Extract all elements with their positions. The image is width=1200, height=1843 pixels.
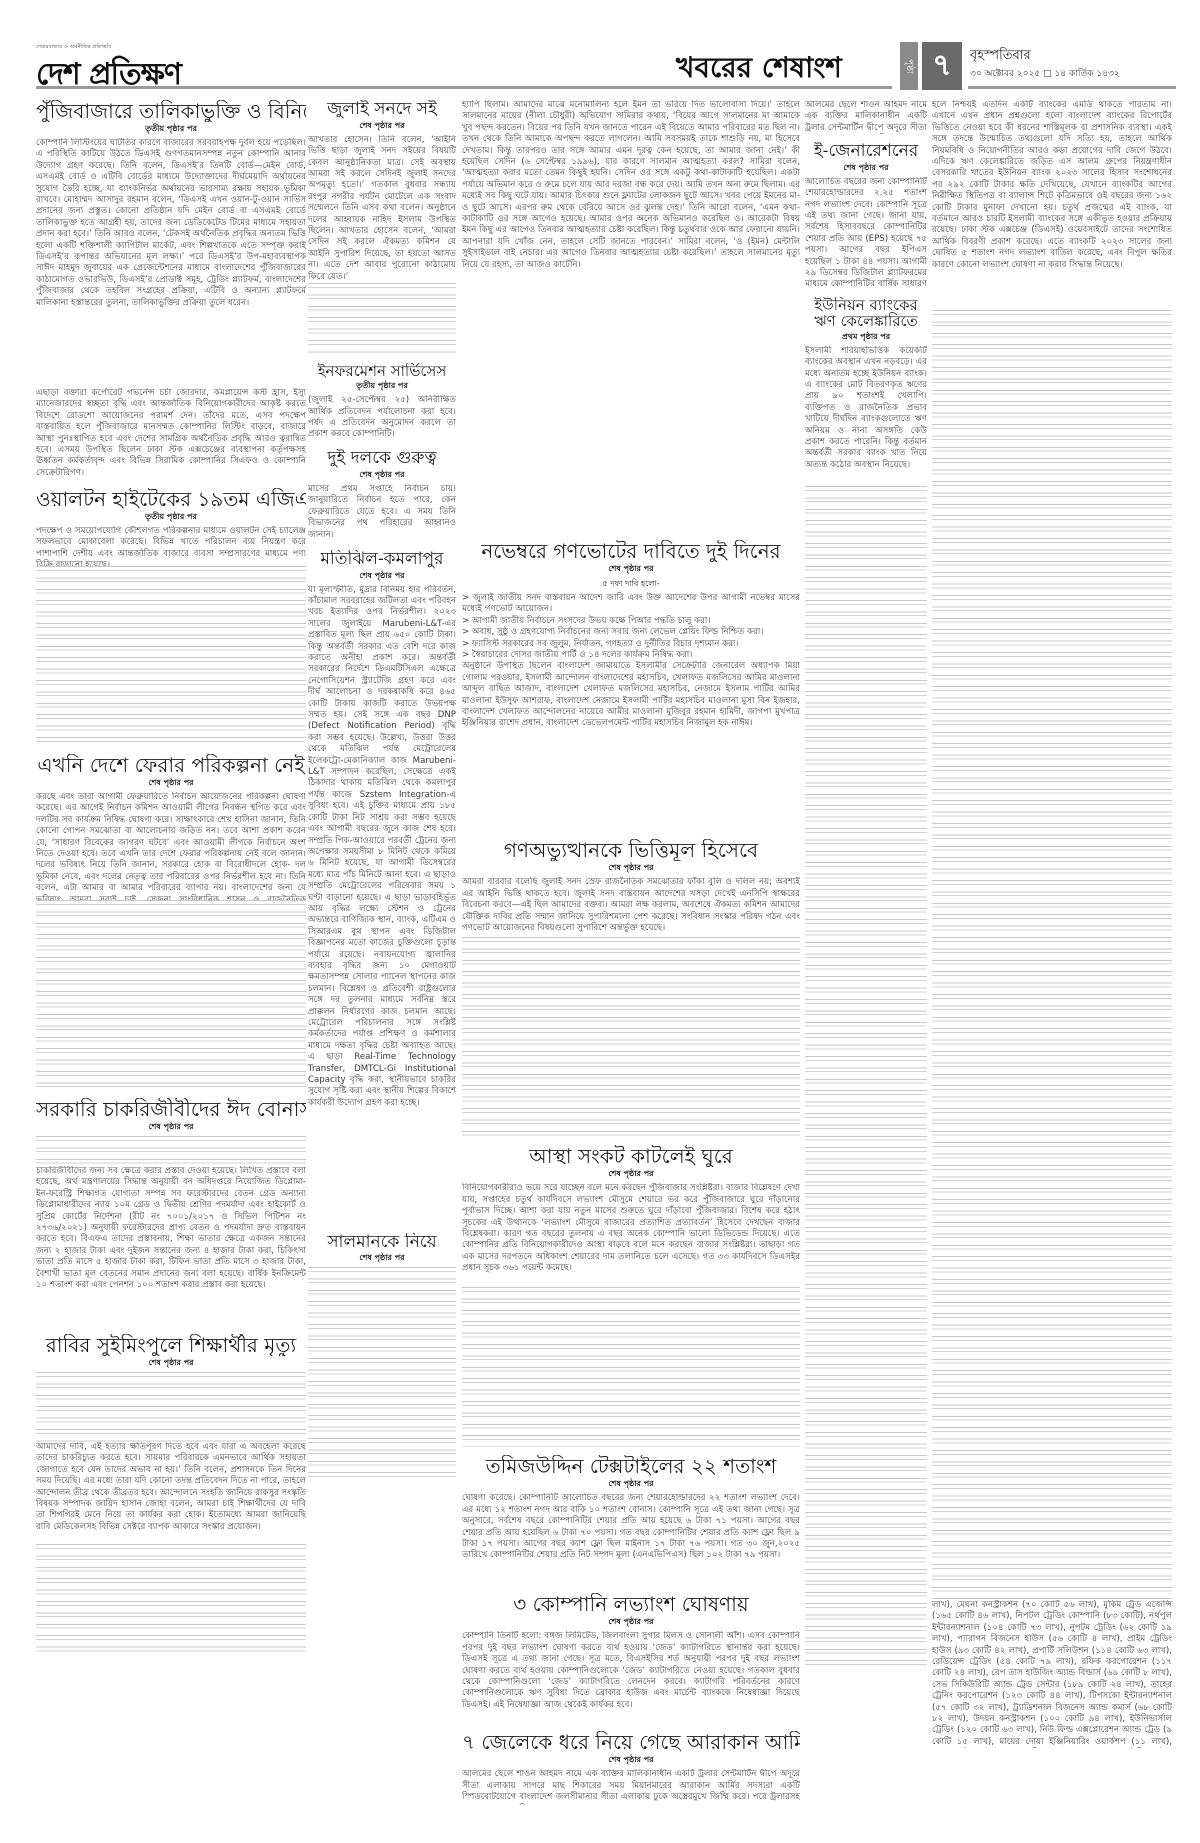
article-headline[interactable]: এখনি দেশে ফেরার পরিকল্পনা নেই bbox=[36, 754, 306, 776]
article-information-services: ইনফরমেশন সার্ভিসেস তৃতীয় পৃষ্ঠার পর (জু… bbox=[308, 363, 456, 442]
article-body-continued bbox=[805, 486, 927, 1666]
article-headline[interactable]: ই-জেনারেশনের bbox=[805, 142, 927, 161]
article-headline[interactable]: জুলাই সনদে সই bbox=[308, 100, 456, 119]
column-4: আলমের ছেলে শাওন আহমদ নামে এক ব্যক্তির মা… bbox=[805, 100, 927, 1674]
continued-label: প্রথম পৃষ্ঠার পর bbox=[805, 331, 927, 344]
article-body: করছে এবং তারা আগামী ফেব্রুয়ারিতে নির্বা… bbox=[36, 792, 306, 900]
continued-label: শেষ পৃষ্ঠার পর bbox=[308, 570, 456, 583]
article-tamijuddin-textile: তমিজউদ্দিন টেক্সটাইলের ২২ শতাংশ শেষ পৃষ্… bbox=[462, 1455, 800, 1585]
continued-label: শেষ পৃষ্ঠার পর bbox=[36, 777, 306, 790]
article-arakan-army: ৭ জেলেকে ধরে নিয়ে গেছে আরাকান আর্মি শেষ… bbox=[462, 1731, 800, 1805]
article-headline[interactable]: তমিজউদ্দিন টেক্সটাইলের ২২ শতাংশ bbox=[462, 1455, 800, 1477]
article-motijheel-kamalapur: মতিঝিল-কমলাপুর শেষ পৃষ্ঠার পর যা মূল্যস্… bbox=[308, 550, 456, 1225]
continued-label: শেষ পৃষ্ঠার পর bbox=[36, 1357, 306, 1370]
article-headline[interactable]: ইনফরমেশন সার্ভিসেস bbox=[308, 363, 456, 380]
article-body-continued bbox=[462, 937, 800, 1137]
article-body: কোম্পানি লিস্টিংয়ের ঘাটতির কারণে বাজারে… bbox=[36, 138, 306, 388]
article-body: আমরা বারবার বলেছি জুলাই সনদ স্রেফ রাজনৈত… bbox=[462, 877, 800, 937]
article-no-return-plan: এখনি দেশে ফেরার পরিকল্পনা নেই শেষ পৃষ্ঠা… bbox=[36, 754, 306, 1090]
masthead-rule-right bbox=[968, 86, 1176, 89]
article-headline[interactable]: নভেম্বরে গণভোটের দাবিতে দুই দিনের bbox=[462, 540, 800, 562]
article-two-parties: দুই দলকে গুরুত্ব শেষ পৃষ্ঠার পর মাসের প্… bbox=[308, 449, 456, 542]
article-body: আলোচিত বছরের জন্য কোম্পানিটি শেয়ারহোল্ড… bbox=[805, 177, 927, 289]
article-salman: সালমানকে নিয়ে শেষ পৃষ্ঠার পর bbox=[308, 1233, 456, 1478]
continued-label: শেষ পৃষ্ঠার পর bbox=[308, 469, 456, 482]
section-title: খবরের শেষাংশ bbox=[676, 46, 842, 93]
demand-point: > আগামী জাতীয় নির্বাচনে সংসদের উভয় কক্… bbox=[462, 616, 800, 627]
article-body: (জুলাই ২৫-সেপ্টেম্বর ২৫) অনিরীক্ষিত আর্থ… bbox=[308, 395, 456, 441]
article-body-continued bbox=[36, 566, 306, 746]
page-label: পৃষ্ঠা bbox=[900, 42, 918, 90]
publication-date: ৩০ অক্টোবর ২০২৫ □ ১৪ কার্তিক ১৪৩২ bbox=[970, 66, 1120, 81]
article-body bbox=[308, 1267, 456, 1477]
article-body: বিনিয়োগকারীরাও ভয়ে সরে যাচ্ছেন বলে মনে… bbox=[462, 1183, 800, 1287]
article-walton-agm: ওয়ালটন হাইটেকের ১৯তম এজিএম তৃতীয় পৃষ্ঠ… bbox=[36, 488, 306, 746]
article-confidence-crisis: আস্থা সংকট কাটলেই ঘুরে শেষ পৃষ্ঠার পর বি… bbox=[462, 1145, 800, 1447]
continued-label: তৃতীয় পৃষ্ঠার পর bbox=[36, 123, 306, 136]
article-body-continued bbox=[932, 310, 1172, 1600]
masthead-rule-left bbox=[36, 86, 260, 89]
article-body-closing: এছাড়া বক্তারা কর্পোরেট গভর্নেন্স চর্চা … bbox=[36, 388, 306, 480]
continued-label: শেষ পৃষ্ঠার পর bbox=[462, 563, 800, 576]
article-body: যা মূল্যস্ফীতি, মুদ্রার বিনিময় হার পরিব… bbox=[308, 585, 456, 1225]
article-headline[interactable]: আস্থা সংকট কাটলেই ঘুরে bbox=[462, 1145, 800, 1167]
column-5: হলে নিশ্চয়ই এতদিন একটি ব্যাংকের এমডি থা… bbox=[932, 100, 1172, 1756]
continued-label: শেষ পৃষ্ঠার পর bbox=[462, 862, 800, 875]
article-body: ইসলামী শরিয়াহভিত্তিক কয়েকটি ব্যাংকের অ… bbox=[805, 346, 927, 486]
continued-label: শেষ পৃষ্ঠার পর bbox=[805, 162, 927, 175]
article-subhead: ৫ দফা দাবি হলো- bbox=[462, 578, 800, 591]
continued-label: শেষ পৃষ্ঠার পর bbox=[462, 1168, 800, 1181]
demand-point: > জুলাই জাতীয় সনদ বাস্তবায়ন আদেশ জারি … bbox=[462, 593, 800, 616]
article-rabi-swimming-pool: রাবির সুইমিংপুলে শিক্ষার্থীর মৃত্যু শেষ … bbox=[36, 1334, 306, 1654]
article-three-companies-dividend: ৩ কোম্পানি লভ্যাংশ ঘোষণায় শেষ পৃষ্ঠার প… bbox=[462, 1593, 800, 1723]
article-body: আখতার হোসেন। তিনি বলেন, ‘আইনি ভিত্তি ছাড… bbox=[308, 135, 456, 283]
article-headline[interactable]: ৭ জেলেকে ধরে নিয়ে গেছে আরাকান আর্মি bbox=[462, 1731, 800, 1753]
article-body-continued bbox=[36, 900, 306, 1090]
article-headline[interactable]: সালমানকে নিয়ে bbox=[308, 1233, 456, 1252]
article-headline[interactable]: ওয়ালটন হাইটেকের ১৯তম এজিএম bbox=[36, 488, 306, 510]
article-capital-market-listing: পুঁজিবাজারে তালিকাভুক্তি ও বিনিয়োগ তৃতী… bbox=[36, 100, 306, 480]
column-1: পুঁজিবাজারে তালিকাভুক্তি ও বিনিয়োগ তৃতী… bbox=[36, 100, 306, 1662]
article-body: আমাদের দাবি, এই হত্যার ক্ষতিপূরণ দিতে হব… bbox=[36, 1442, 306, 1544]
continued-label: শেষ পৃষ্ঠার পর bbox=[462, 1616, 800, 1629]
article-body: আলমের ছেলে শাওন আহমদ নামে এক ব্যক্তির মা… bbox=[462, 1769, 800, 1805]
article-e-generation: ই-জেনারেশনের শেষ পৃষ্ঠার পর আলোচিত বছরের… bbox=[805, 142, 927, 289]
article-salman-continued: হ্যাপি ছিলাম। আমাদের মাঝে মনোমালিন্য হলে… bbox=[462, 100, 800, 532]
article-body-continued bbox=[462, 1287, 800, 1447]
article-body: আলমের ছেলে শাওন আহমদ নামে এক ব্যক্তির মা… bbox=[805, 100, 927, 134]
article-body: হ্যাপি ছিলাম। আমাদের মাঝে মনোমালিন্য হলে… bbox=[462, 100, 800, 532]
publication-day: বৃহস্পতিবার bbox=[970, 46, 1031, 67]
column-3: হ্যাপি ছিলাম। আমাদের মাঝে মনোমালিন্য হলে… bbox=[462, 100, 800, 1813]
continued-label: শেষ পৃষ্ঠার পর bbox=[36, 1121, 306, 1134]
article-body: ঘোষণা করেছে। কোম্পানিটি আলোচিত বছরের জন্… bbox=[462, 1493, 800, 1585]
demand-point: > অবাধ, সুষ্ঠু ও গ্রহণযোগ্য নির্বাচনের জ… bbox=[462, 627, 800, 638]
article-headline[interactable]: ইউনিয়ন ব্যাংকের ঋণ কেলেঙ্কারিতে bbox=[805, 297, 927, 330]
article-union-bank: ইউনিয়ন ব্যাংকের ঋণ কেলেঙ্কারিতে প্রথম প… bbox=[805, 297, 927, 1666]
article-headline[interactable]: মতিঝিল-কমলাপুর bbox=[308, 550, 456, 569]
article-bank-md-continued: হলে নিশ্চয়ই এতদিন একটি ব্যাংকের এমডি থা… bbox=[932, 100, 1172, 1748]
article-body: চাকরিজীবীদের জন্য সব ক্ষেত্রে করার প্রস্… bbox=[36, 1166, 306, 1326]
article-body-lead bbox=[36, 1372, 306, 1442]
article-headline[interactable]: গণঅভ্যুত্থানকে ভিত্তিমূল হিসেবে bbox=[462, 839, 800, 861]
article-body-lead bbox=[36, 1136, 306, 1166]
article-headline[interactable]: সরকারি চাকরিজীবীদের ঈদ বোনাস bbox=[36, 1098, 306, 1120]
defaulter-list: লাখ), মেঘনা কনস্ট্রাকশন (৭০ কোটি ৫৬ লাখ)… bbox=[932, 1600, 1172, 1748]
newspaper-logo[interactable]: দেশ প্রতিক্ষণ bbox=[36, 50, 181, 101]
masthead: শেয়ারবাজার ও অর্থনীতির প্রতিচ্ছবি দেশ প… bbox=[36, 36, 1176, 92]
continued-label: তৃতীয় পৃষ্ঠার পর bbox=[36, 511, 306, 524]
article-body-continued bbox=[36, 1544, 306, 1654]
article-headline[interactable]: দুই দলকে গুরুত্ব bbox=[308, 449, 456, 468]
continued-label: শেষ পৃষ্ঠার পর bbox=[462, 1754, 800, 1767]
article-govt-eid-bonus: সরকারি চাকরিজীবীদের ঈদ বোনাস শেষ পৃষ্ঠার… bbox=[36, 1098, 306, 1326]
continued-label: শেষ পৃষ্ঠার পর bbox=[308, 120, 456, 133]
article-body: মাসের প্রথম সপ্তাহে নির্বাচন চায়। জানুয… bbox=[308, 484, 456, 542]
article-headline[interactable]: রাবির সুইমিংপুলে শিক্ষার্থীর মৃত্যু bbox=[36, 1334, 306, 1356]
article-referendum-demand: নভেম্বরে গণভোটের দাবিতে দুই দিনের শেষ পৃ… bbox=[462, 540, 800, 831]
continued-label: তৃতীয় পৃষ্ঠার পর bbox=[308, 380, 456, 393]
continued-label: শেষ পৃষ্ঠার পর bbox=[308, 1252, 456, 1265]
page-number: ৭ bbox=[922, 42, 962, 90]
article-headline[interactable]: ৩ কোম্পানি লভ্যাংশ ঘোষণায় bbox=[462, 1593, 800, 1615]
article-mass-uprising: গণঅভ্যুত্থানকে ভিত্তিমূল হিসেবে শেষ পৃষ্… bbox=[462, 839, 800, 1137]
article-body: অনুষ্ঠানে উপস্থিত ছিলেন বাংলাদেশ জামায়া… bbox=[462, 661, 800, 831]
column-2: জুলাই সনদে সই শেষ পৃষ্ঠার পর আখতার হোসেন… bbox=[308, 100, 456, 1485]
article-body-continued bbox=[308, 283, 456, 355]
article-arakan-army-continued: আলমের ছেলে শাওন আহমদ নামে এক ব্যক্তির মা… bbox=[805, 100, 927, 134]
article-headline[interactable]: পুঁজিবাজারে তালিকাভুক্তি ও বিনিয়োগ bbox=[36, 100, 306, 122]
continued-label: শেষ পৃষ্ঠার পর bbox=[462, 1478, 800, 1491]
demand-point: > স্বৈরাচারের দোসর জাতীয় পার্টি ও ১৪ দল… bbox=[462, 650, 800, 661]
article-body: পদক্ষেপ ও সময়োপযোগি কৌশলগত পরিকল্পনার ম… bbox=[36, 526, 306, 566]
demand-point: > ফ্যাসিস্ট সরকারের সব জুলুম, নির্যাতন, … bbox=[462, 639, 800, 650]
article-july-charter: জুলাই সনদে সই শেষ পৃষ্ঠার পর আখতার হোসেন… bbox=[308, 100, 456, 355]
article-body: হলে নিশ্চয়ই এতদিন একটি ব্যাংকের এমডি থা… bbox=[932, 100, 1172, 310]
article-body: কোম্পানি তিনটি হলো: বঙ্গজ লিমিটেড, জিলবা… bbox=[462, 1631, 800, 1723]
